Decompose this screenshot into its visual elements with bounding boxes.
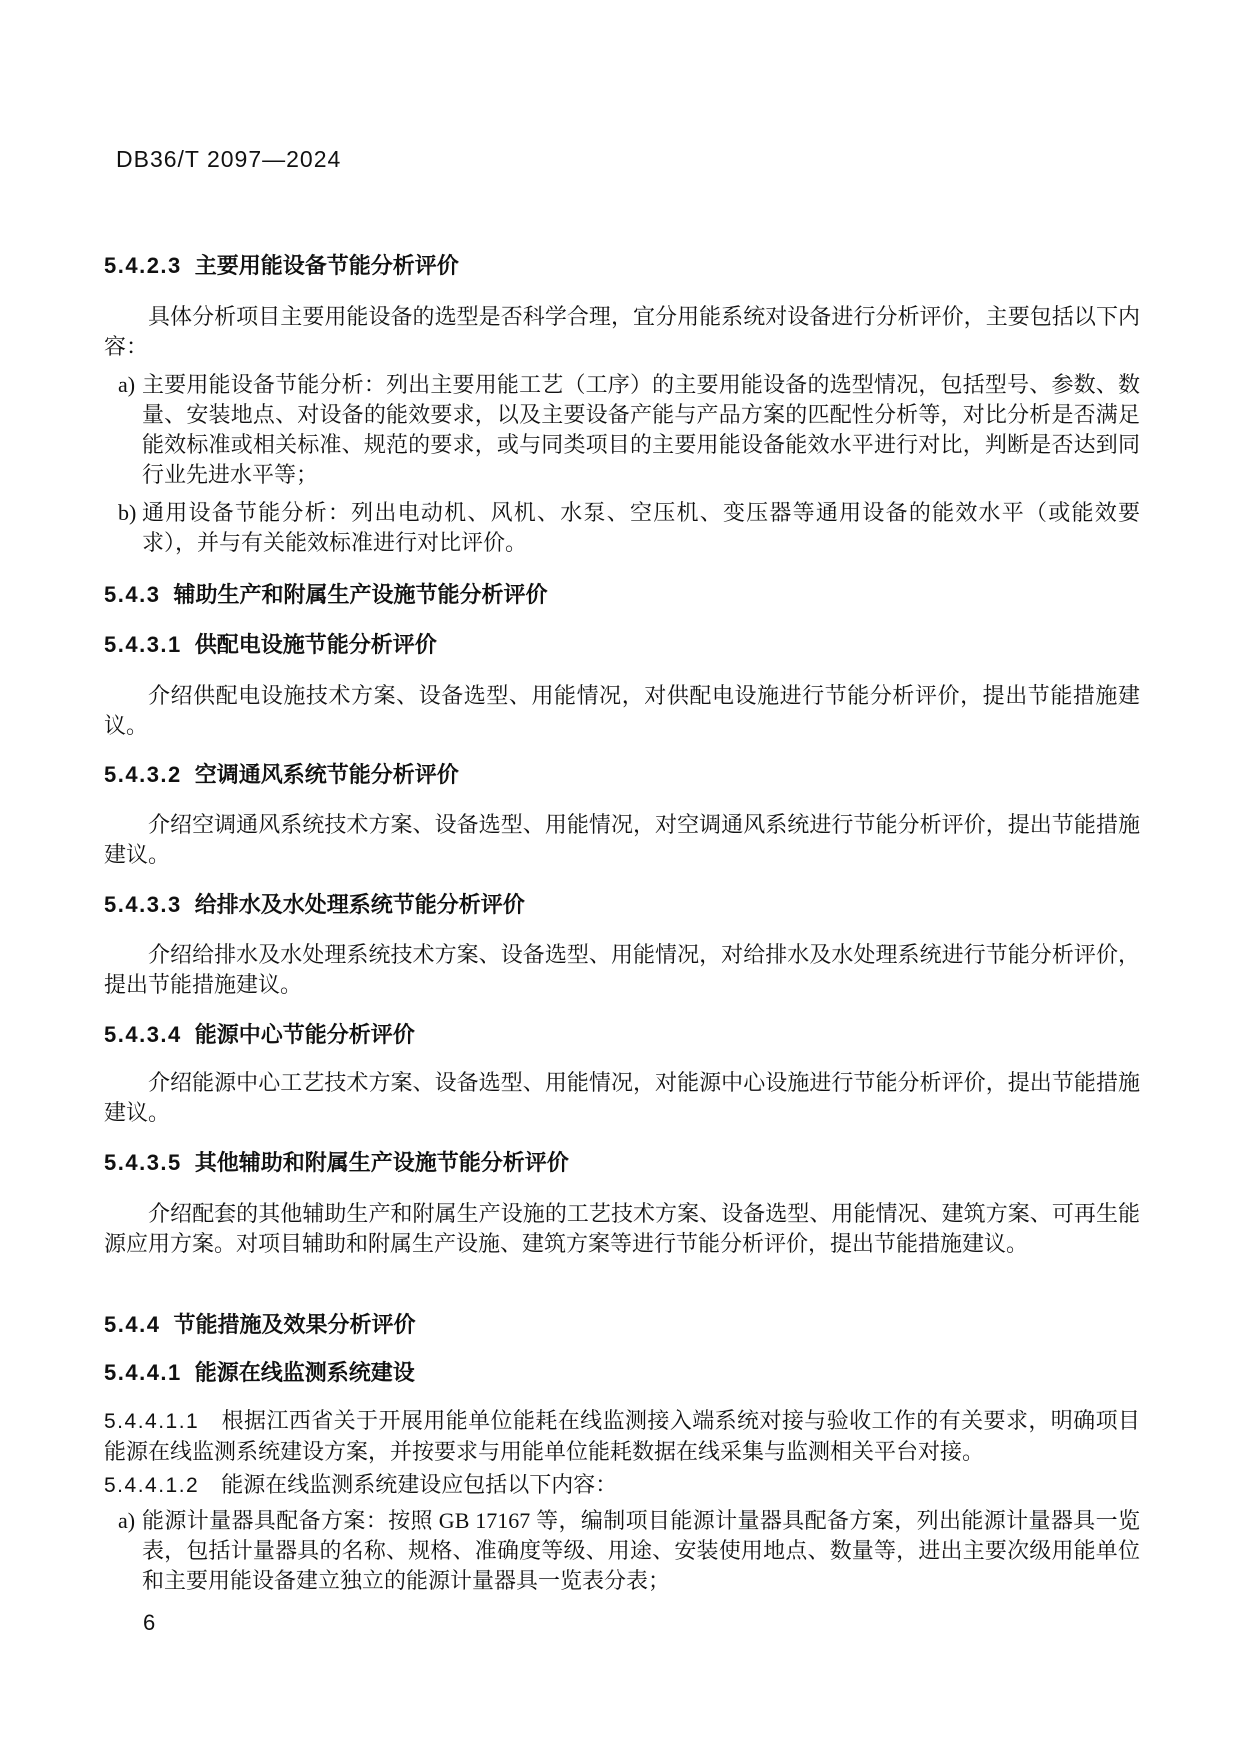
section-heading-5-4-3-4: 5.4.3.4能源中心节能分析评价: [104, 1020, 1140, 1050]
heading-title: 主要用能设备节能分析评价: [195, 253, 459, 278]
section-heading-5-4-4-1: 5.4.4.1能源在线监测系统建设: [104, 1358, 1140, 1388]
list-item-a: a) 主要用能设备节能分析：列出主要用能工艺（工序）的主要用能设备的选型情况，包…: [104, 370, 1140, 490]
heading-number: 5.4.3.3: [104, 892, 182, 917]
heading-title: 辅助生产和附属生产设施节能分析评价: [173, 582, 547, 607]
paragraph-number: 5.4.4.1.2: [104, 1474, 199, 1497]
paragraph-text: 根据江西省关于开展用能单位能耗在线监测接入端系统对接与验收工作的有关要求，明确项…: [104, 1408, 1140, 1464]
heading-number: 5.4.3.5: [104, 1150, 182, 1175]
numbered-paragraph-5-4-4-1-1: 5.4.4.1.1根据江西省关于开展用能单位能耗在线监测接入端系统对接与验收工作…: [104, 1406, 1140, 1467]
heading-title: 能源在线监测系统建设: [195, 1360, 415, 1385]
heading-title: 给排水及水处理系统节能分析评价: [195, 892, 525, 917]
section-heading-5-4-3-2: 5.4.3.2空调通风系统节能分析评价: [104, 760, 1140, 790]
heading-title: 节能措施及效果分析评价: [173, 1312, 415, 1337]
heading-number: 5.4.3: [104, 582, 160, 607]
numbered-paragraph-5-4-4-1-2: 5.4.4.1.2能源在线监测系统建设应包括以下内容：: [104, 1470, 1140, 1501]
page-number: 6: [143, 1610, 155, 1636]
paragraph-5-4-3-2: 介绍空调通风系统技术方案、设备选型、用能情况，对空调通风系统进行节能分析评价，提…: [104, 810, 1140, 870]
paragraph-5-4-3-3: 介绍给排水及水处理系统技术方案、设备选型、用能情况，对给排水及水处理系统进行节能…: [104, 940, 1140, 1000]
heading-number: 5.4.4.1: [104, 1360, 182, 1385]
paragraph-text: 能源在线监测系统建设应包括以下内容：: [221, 1472, 617, 1497]
heading-title: 能源中心节能分析评价: [195, 1022, 415, 1047]
paragraph-5-4-3-5: 介绍配套的其他辅助生产和附属生产设施的工艺技术方案、设备选型、用能情况、建筑方案…: [104, 1199, 1140, 1259]
document-page: DB36/T 2097—2024 5.4.2.3主要用能设备节能分析评价 具体分…: [0, 0, 1241, 1754]
doc-number: DB36/T 2097—2024: [116, 146, 341, 173]
list-marker: b): [118, 498, 136, 528]
heading-number: 5.4.3.2: [104, 762, 182, 787]
heading-number: 5.4.4: [104, 1312, 160, 1337]
heading-title: 空调通风系统节能分析评价: [195, 762, 459, 787]
heading-number: 5.4.3.1: [104, 632, 182, 657]
section-heading-5-4-2-3: 5.4.2.3主要用能设备节能分析评价: [104, 251, 1140, 281]
list-marker: a): [118, 370, 135, 400]
section-heading-5-4-4: 5.4.4节能措施及效果分析评价: [104, 1310, 1140, 1340]
list-item-a2: a) 能源计量器具配备方案：按照 GB 17167 等，编制项目能源计量器具配备…: [104, 1506, 1140, 1596]
list-text: 主要用能设备节能分析：列出主要用能工艺（工序）的主要用能设备的选型情况，包括型号…: [142, 372, 1140, 487]
paragraph-number: 5.4.4.1.1: [104, 1410, 199, 1433]
list-marker: a): [118, 1506, 135, 1536]
section-heading-5-4-3-5: 5.4.3.5其他辅助和附属生产设施节能分析评价: [104, 1148, 1140, 1178]
paragraph-5-4-3-1: 介绍供配电设施技术方案、设备选型、用能情况，对供配电设施进行节能分析评价，提出节…: [104, 681, 1140, 741]
section-heading-5-4-3: 5.4.3辅助生产和附属生产设施节能分析评价: [104, 580, 1140, 610]
heading-number: 5.4.2.3: [104, 253, 182, 278]
list-text: 能源计量器具配备方案：按照 GB 17167 等，编制项目能源计量器具配备方案，…: [142, 1508, 1140, 1593]
section-heading-5-4-3-1: 5.4.3.1供配电设施节能分析评价: [104, 630, 1140, 660]
paragraph-intro: 具体分析项目主要用能设备的选型是否科学合理，宜分用能系统对设备进行分析评价，主要…: [104, 302, 1140, 362]
section-heading-5-4-3-3: 5.4.3.3给排水及水处理系统节能分析评价: [104, 890, 1140, 920]
paragraph-5-4-3-4: 介绍能源中心工艺技术方案、设备选型、用能情况，对能源中心设施进行节能分析评价，提…: [104, 1068, 1140, 1128]
heading-number: 5.4.3.4: [104, 1022, 182, 1047]
heading-title: 其他辅助和附属生产设施节能分析评价: [195, 1150, 569, 1175]
list-item-b: b) 通用设备节能分析：列出电动机、风机、水泵、空压机、变压器等通用设备的能效水…: [104, 498, 1140, 558]
list-text: 通用设备节能分析：列出电动机、风机、水泵、空压机、变压器等通用设备的能效水平（或…: [142, 500, 1140, 555]
heading-title: 供配电设施节能分析评价: [195, 632, 437, 657]
